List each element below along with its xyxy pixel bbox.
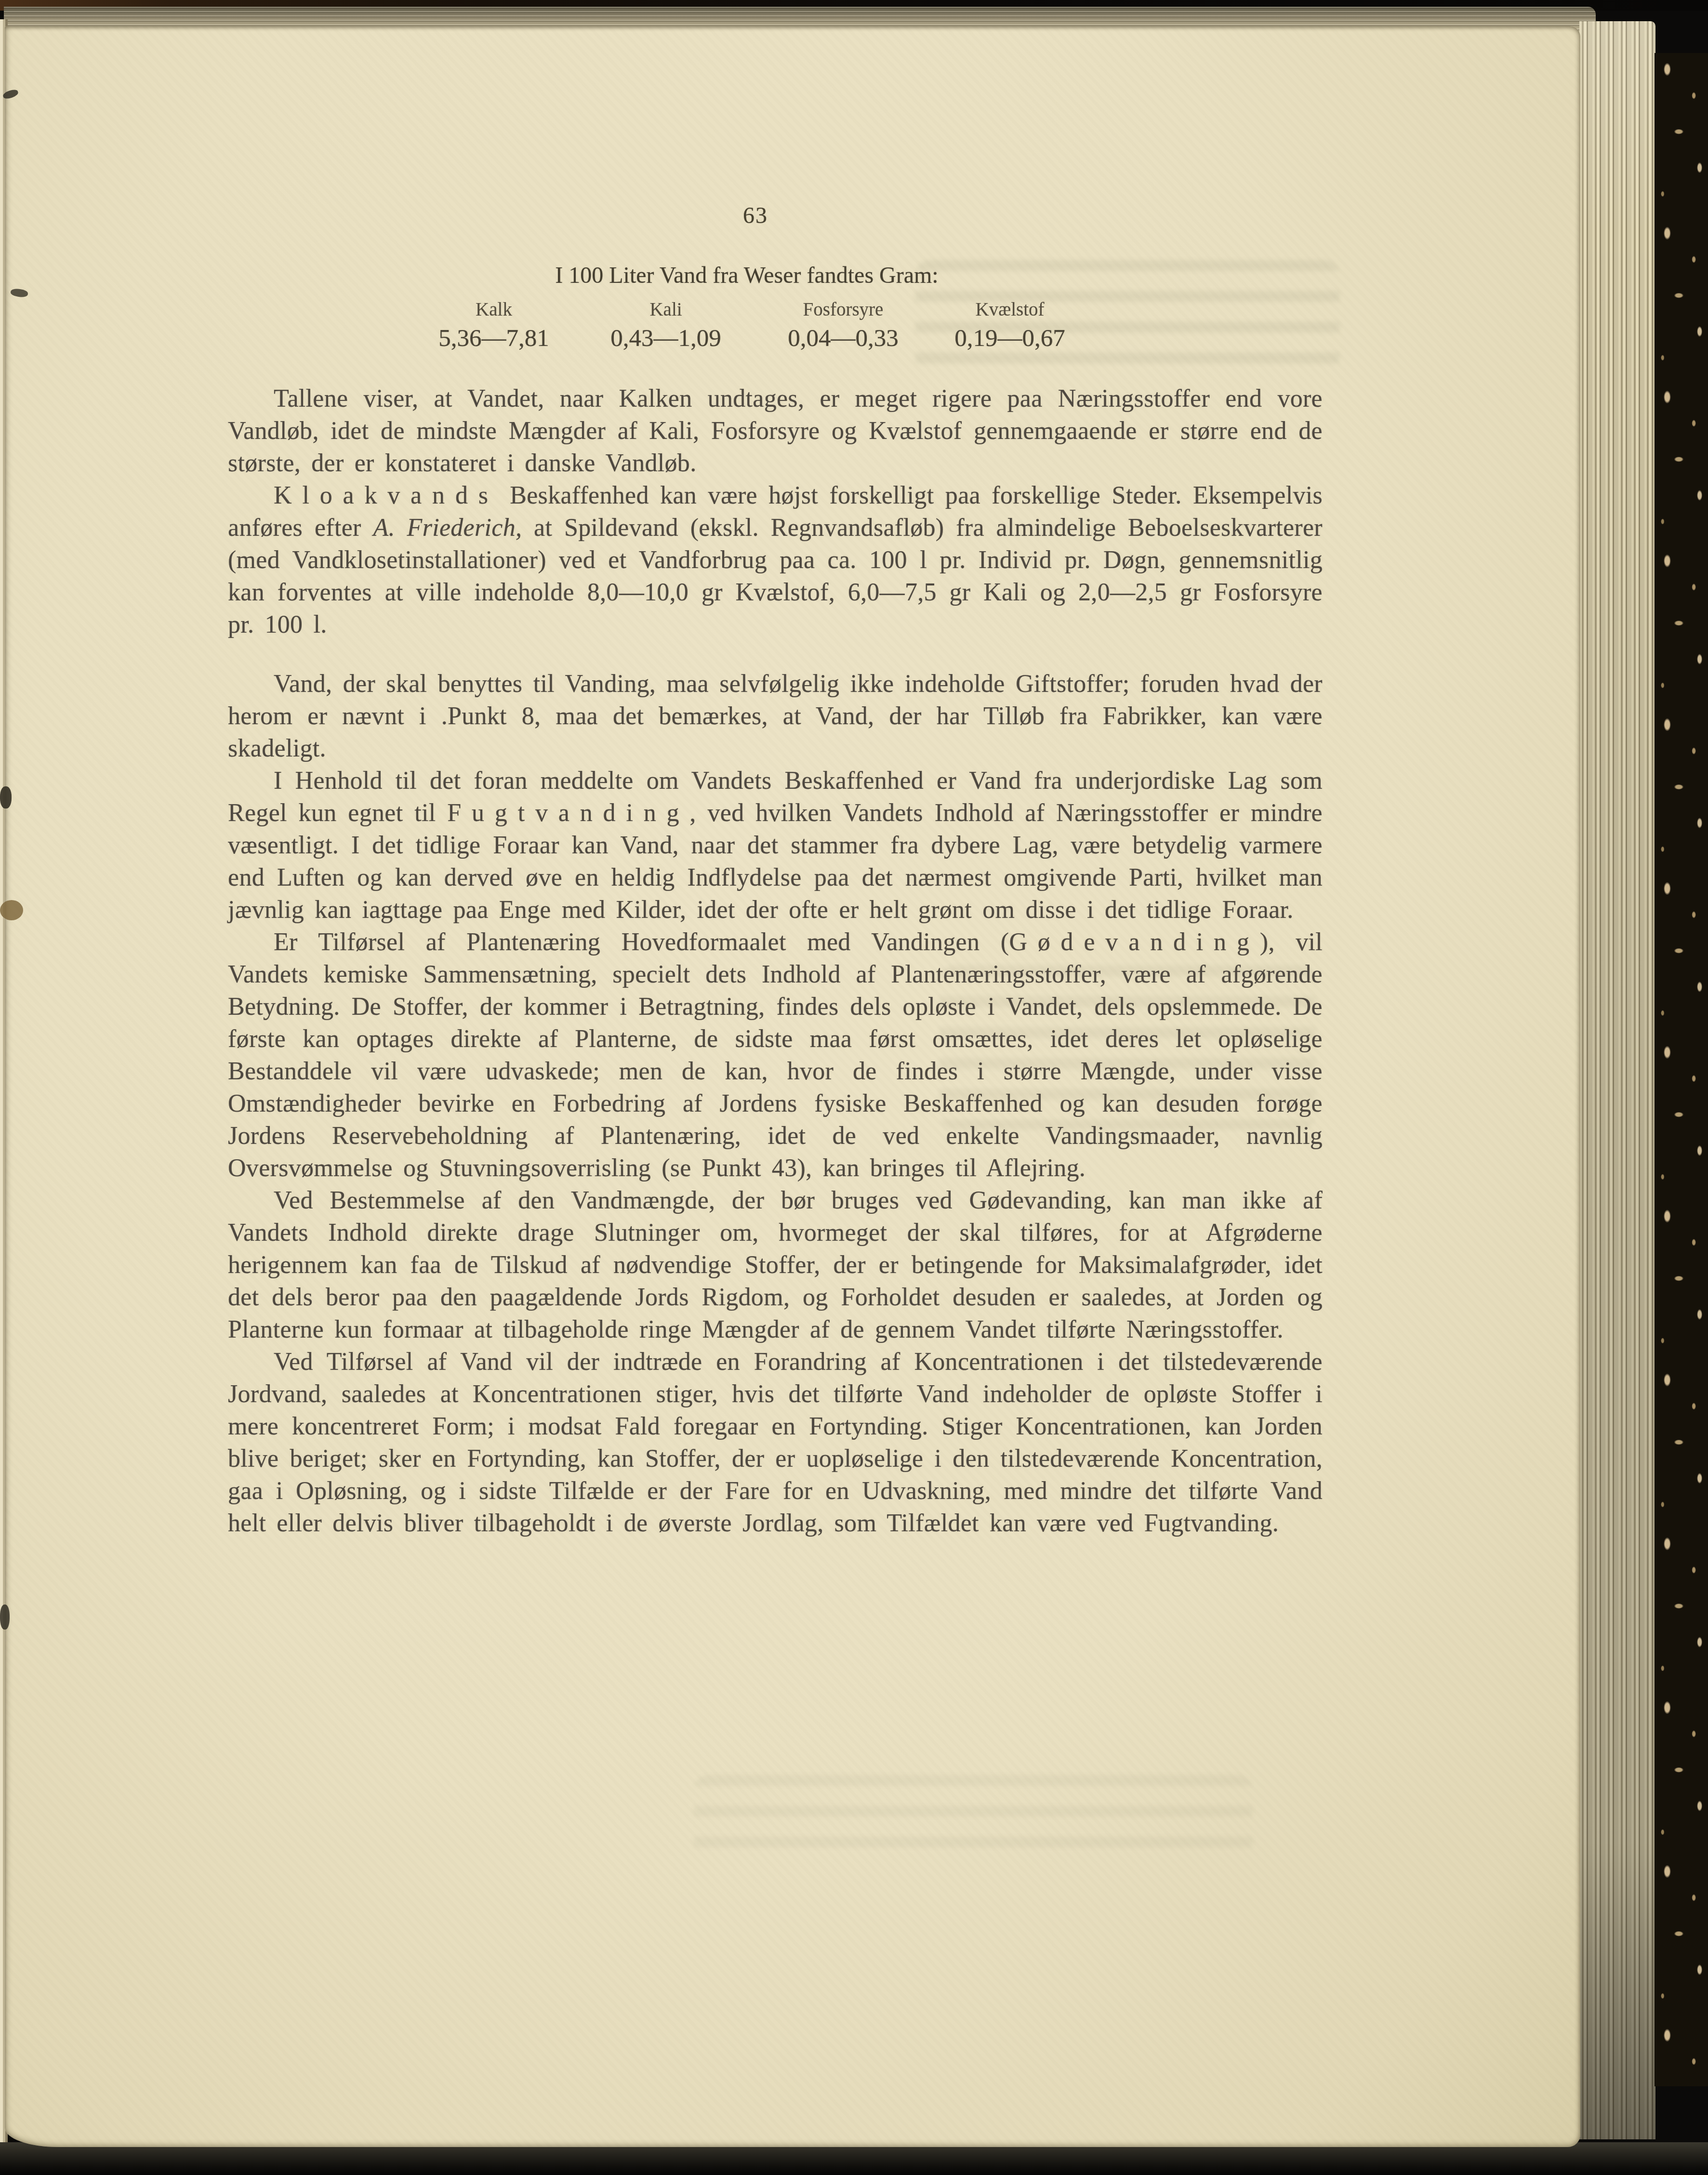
body-text: Vand, der skal benyttes til Vanding, maa…: [228, 670, 1323, 762]
table-column-kvaelstof: Kvælstof 0,19—0,67: [904, 299, 1116, 352]
column-label: Kvælstof: [904, 299, 1116, 320]
body-text: ), vil Vandets kemiske Sammensætning, sp…: [228, 928, 1323, 1182]
show-through-ghost: [694, 1775, 1253, 1857]
ink-speck: [0, 786, 12, 809]
body-text: Ved Tilførsel af Vand vil der indtræde e…: [228, 1348, 1323, 1537]
column-value: 0,19—0,67: [904, 324, 1116, 352]
body-text: Er Tilførsel af Plantenæring Hovedformaa…: [274, 928, 1009, 956]
paragraph: Ved Tilførsel af Vand vil der indtræde e…: [228, 1346, 1323, 1539]
body-text: Ved Bestemmelse af den Vandmængde, der b…: [228, 1187, 1323, 1343]
scan-bottom-shadow: [0, 2142, 1708, 2175]
marbled-cover-edge: [1655, 53, 1708, 2086]
ink-smudge: [0, 900, 23, 920]
italic-text: A. Friederich,: [373, 514, 522, 542]
page-number: 63: [228, 202, 1283, 229]
paragraph: Tallene viser, at Vandet, naar Kalken un…: [228, 383, 1323, 479]
ink-speck: [0, 1605, 10, 1630]
letterspaced-text: Kloakvands: [274, 482, 499, 509]
paragraph: Vand, der skal benyttes til Vanding, maa…: [228, 668, 1323, 765]
paragraph: Kloakvands Beskaffenhed kan være højst f…: [228, 479, 1323, 641]
text-block: Tallene viser, at Vandet, naar Kalken un…: [228, 383, 1323, 1539]
book-scan: 63 I 100 Liter Vand fra Weser fandtes Gr…: [0, 0, 1708, 2175]
book-page: 63 I 100 Liter Vand fra Weser fandtes Gr…: [5, 26, 1580, 2147]
page-block-right-edges: [1579, 21, 1655, 2139]
paragraph: Ved Bestemmelse af den Vandmængde, der b…: [228, 1184, 1323, 1346]
paragraph: Er Tilførsel af Plantenæring Hovedformaa…: [228, 926, 1323, 1184]
table-caption: I 100 Liter Vand fra Weser fandtes Gram:: [224, 262, 1270, 289]
body-text: Tallene viser, at Vandet, naar Kalken un…: [228, 385, 1323, 477]
letterspaced-text: Fugtvanding: [447, 799, 689, 827]
letterspaced-text: Gødevanding: [1009, 928, 1259, 956]
paragraph: I Henhold til det foran meddelte om Vand…: [228, 765, 1323, 926]
